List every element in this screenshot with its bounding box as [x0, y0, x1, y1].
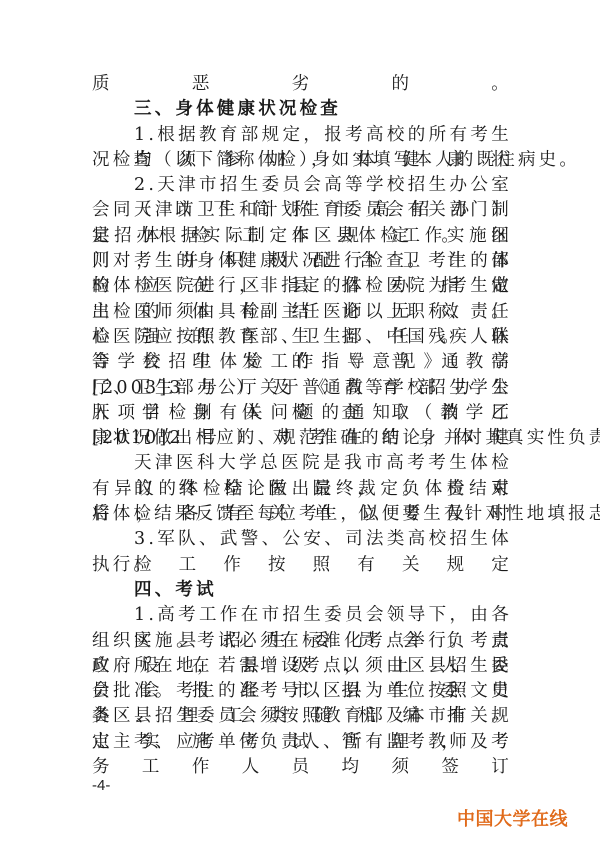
- text-line: 门对考生的身体健康状况进行检查。考生的体检应在区县招办指定: [92, 249, 512, 274]
- text-line: 会批准。考生的准考号以区县为单位按照文史类、理工类随机编排。: [92, 679, 512, 704]
- page-number: -4-: [92, 777, 110, 794]
- text-line: 2.天津市招生委员会高等学校招生办公室（以下简称市高招办）: [92, 173, 512, 198]
- text-line: 1.高考工作在市招生委员会领导下，由各区县招生委员会负责: [92, 603, 512, 628]
- text-line: 1.根据教育部规定，报考高校的所有考生均须参加身体健康状: [92, 123, 512, 148]
- section-heading-health-check: 三、身体健康状况检查: [92, 97, 512, 122]
- text-line: 点主考、应考单位负责人、所有监考教师及考务工作人员均须签订: [92, 730, 512, 755]
- text-line: 县招办根据实际制定本区县体检工作实施细则，并积极配合卫计部: [92, 224, 512, 249]
- text-line: 主检医师须由具有副主任医师以上职称、责任心强的医生担任。体: [92, 300, 512, 325]
- text-line: 会同天津市卫生和计划生育委员会有关部门制定体检工作规定。区: [92, 198, 512, 223]
- text-line: 厅、卫生部办公厅关于普通高等学校招生学生入学身体检查取消乙: [92, 376, 512, 401]
- text-line: 的体检医院进行，非指定的体检医院为考生做出的体检结论无效。: [92, 274, 512, 299]
- text-line: 组织实施。考试必须在标准化考点举行。考点应设在县级以上人民: [92, 629, 512, 654]
- text-line: 检医院应按照教育部、卫生部、中国残疾人联合会印发的《普通高: [92, 325, 512, 350]
- text-line: 肝项目检测有关问题的通知》（教学厅[2010]2号）对考生的身体健: [92, 401, 512, 426]
- text-line: 政府所在地，若需增设考点，须由区县招生委员会报经市招生委员: [92, 654, 512, 679]
- text-line: 况检查（以下简称体检），如实填写本人的既往病史。: [92, 148, 512, 173]
- text-line: 3.军队、武警、公安、司法类高校招生体检工作按照有关规定: [92, 527, 512, 552]
- text-line: 质恶劣的。: [92, 72, 512, 97]
- section-heading-exam: 四、考试: [92, 578, 512, 603]
- text-line: 天津医科大学总医院是我市高考考生体检的终检医院，负责对: [92, 451, 512, 476]
- text-line: 有异议的体检结论做出最终裁定。体检结束后，各有关单位要及时: [92, 477, 512, 502]
- document-body: 质恶劣的。 三、身体健康状况检查 1.根据教育部规定，报考高校的所有考生均须参加…: [92, 72, 512, 755]
- text-line: 将体检结果反馈至每位考生，以便考生有针对性地填报志愿。: [92, 502, 512, 527]
- watermark-logo-text: 中国大学在线: [457, 805, 568, 831]
- text-line: 等学校招生体检工作指导意见》（教学[2003]3号）及《教育部办公: [92, 350, 512, 375]
- text-line: 康状况做出相应的、规范准确的结论，并对其真实性负责。: [92, 426, 512, 451]
- text-line: 各区县招生委员会须按照教育部及本市有关规定实施考试管理，考: [92, 704, 512, 729]
